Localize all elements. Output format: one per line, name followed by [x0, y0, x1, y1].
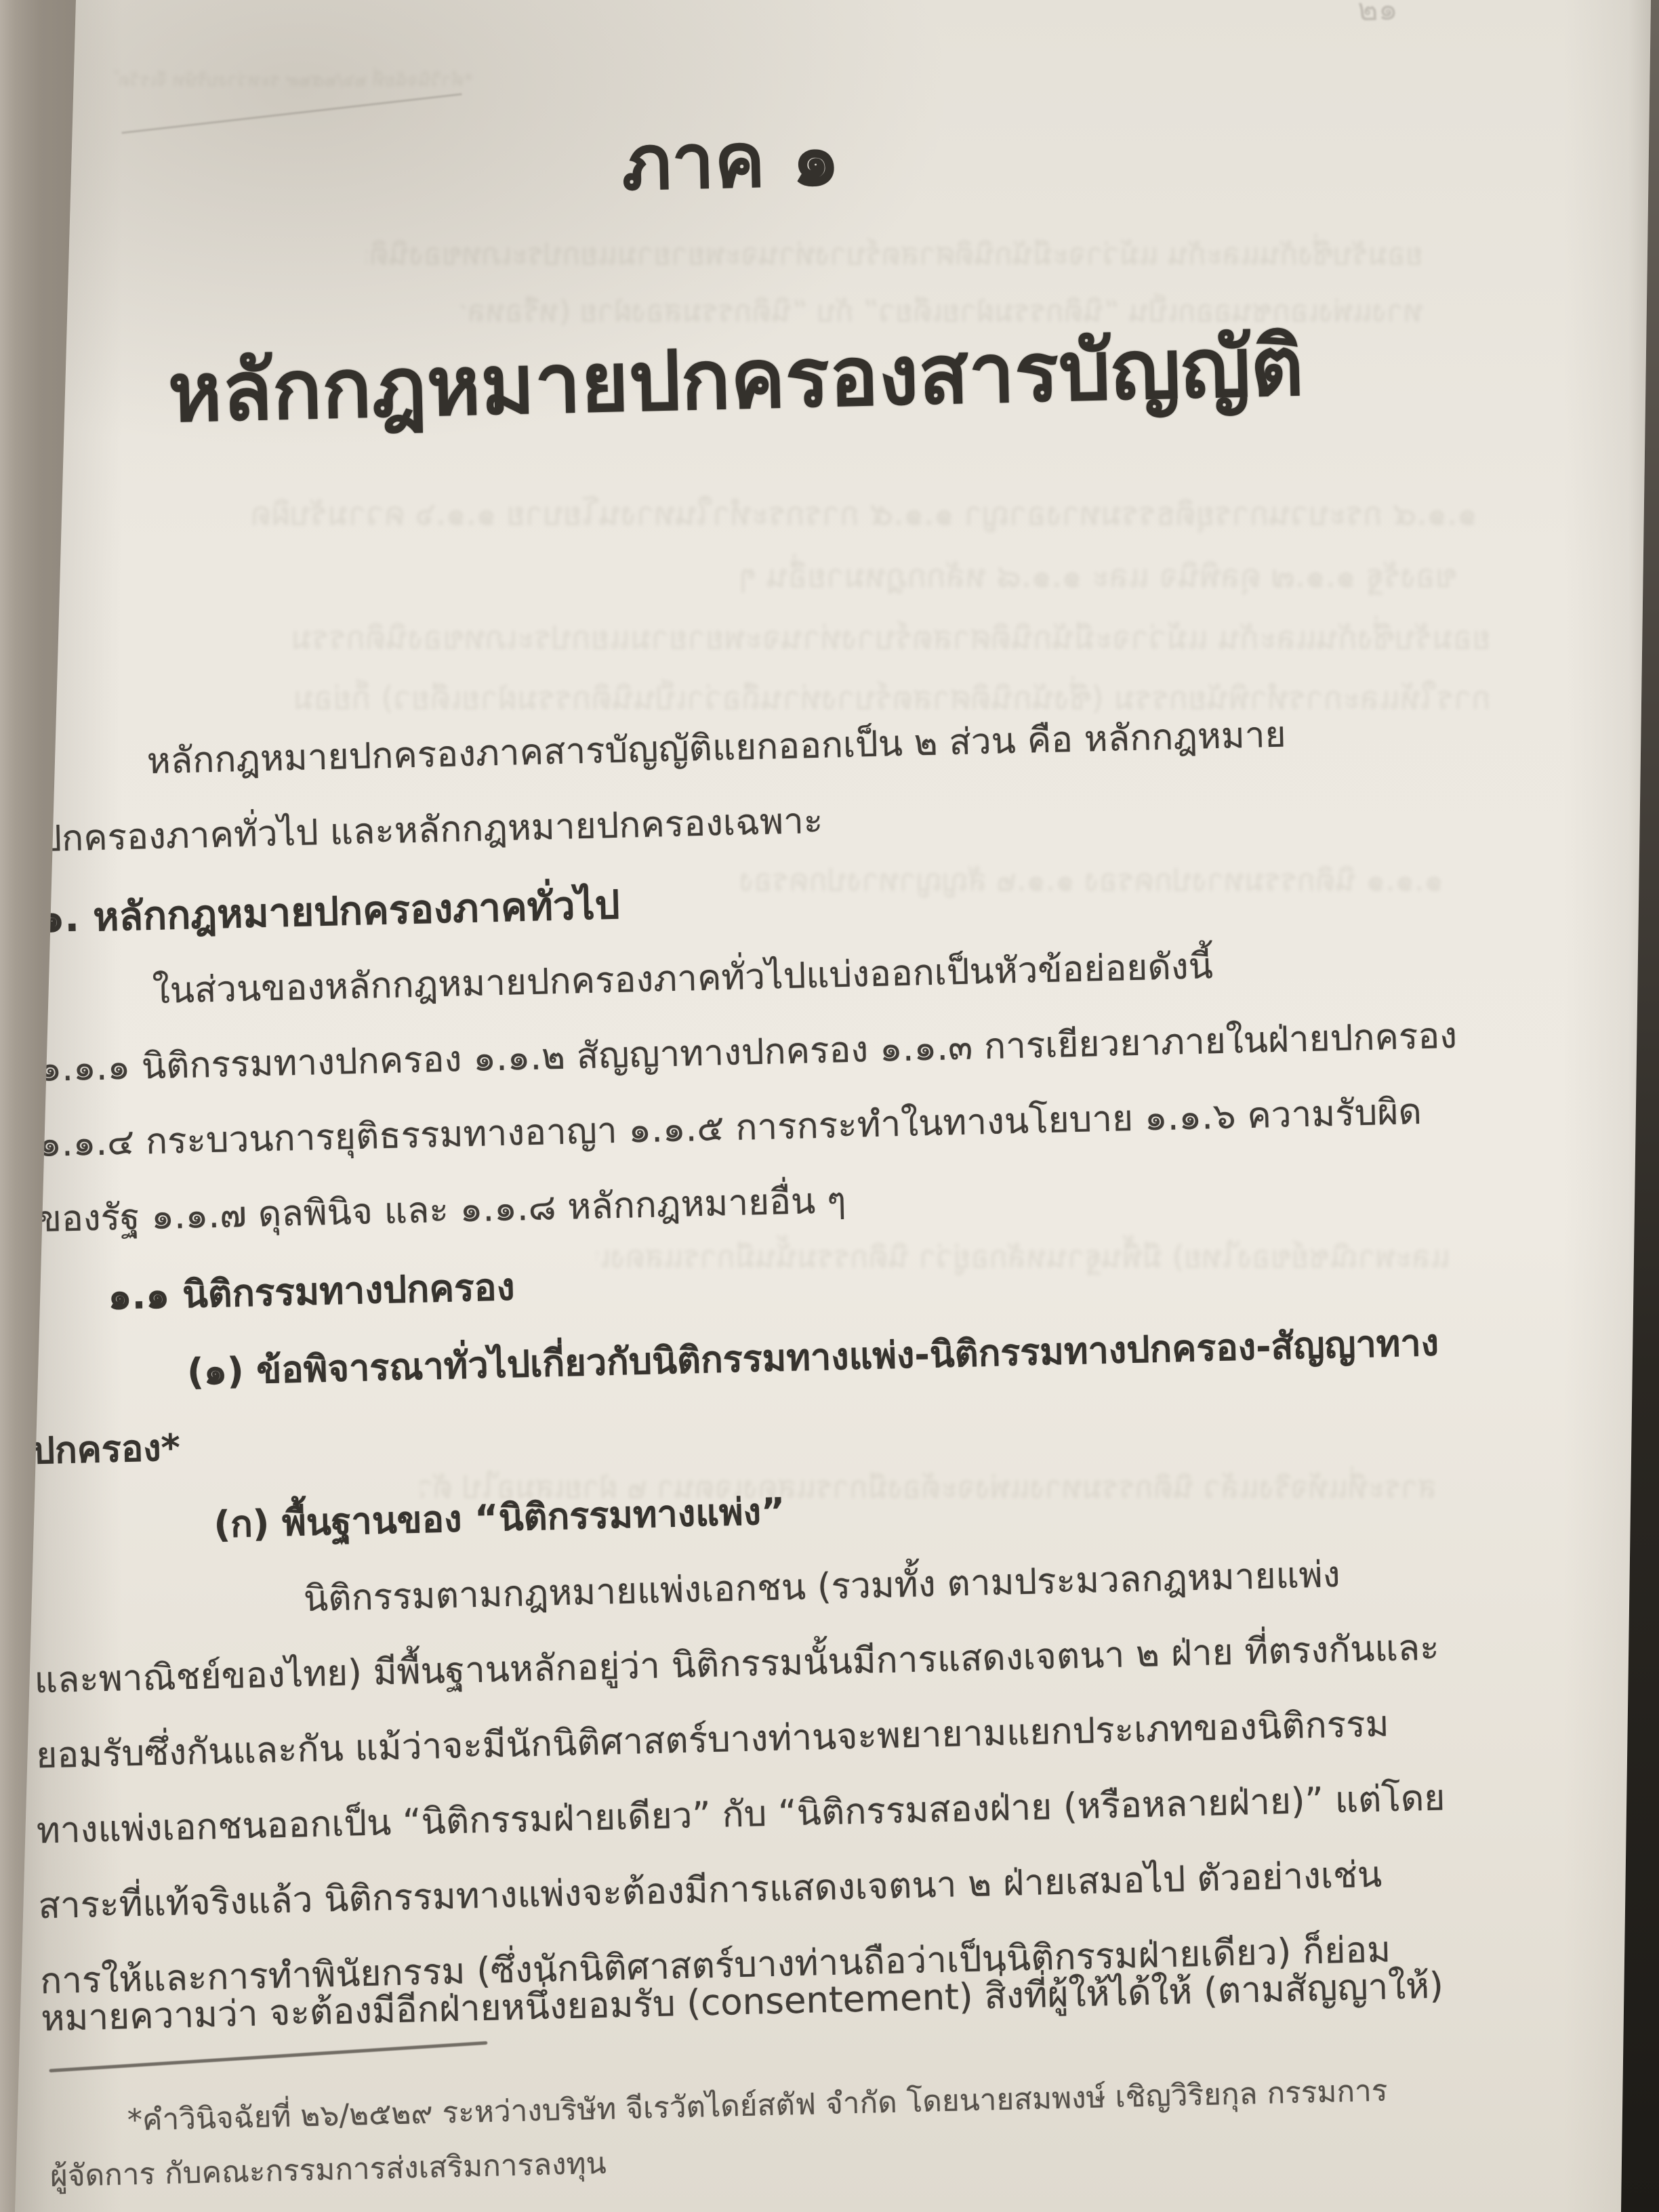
text-line: และพาณิชย์ของไทย) มีพื้นฐานหลักอยู่ว่า น… — [34, 1619, 1440, 1709]
text-line: ของรัฐ ๑.๑.๗ ดุลพินิจ และ ๑.๑.๘ หลักกฎหม… — [37, 1172, 847, 1248]
text-line: ยอมรับซึ่งกันและกัน แม้ว่าจะมีนักนิติศาส… — [35, 1695, 1389, 1784]
book-page-photo: ยอมรับซึ่งกันและกัน แม้ว่าจะมีนักนิติศาส… — [0, 0, 1659, 2212]
page-number: ๒๑ — [1357, 0, 1398, 35]
text-line: สาระที่แท้จริงแล้ว นิติกรรมทางแพ่งจะต้อง… — [38, 1846, 1383, 1935]
footnote-divider — [49, 2041, 487, 2072]
text-line: ๑.๑.๔ กระบวนการยุติธรรมทางอาญา ๑.๑.๕ การ… — [38, 1083, 1422, 1172]
text-line: ในส่วนของหลักกฎหมายปกครองภาคทั่วไปแบ่งออ… — [152, 937, 1214, 1019]
text-line: ๑.๑.๑ นิติกรรมทางปกครอง ๑.๑.๒ สัญญาทางปก… — [38, 1007, 1458, 1097]
text-line: ทางแพ่งเอกชนออกเป็น “นิติกรรมฝ่ายเดียว” … — [36, 1769, 1446, 1859]
footnote-line: *คำวินิจฉัยที่ ๒๖/๒๕๒๙ ระหว่างบริษัท จีเ… — [127, 2067, 1388, 2144]
text-line: ปกครองภาคทั่วไป และหลักกฎหมายปกครองเฉพาะ — [38, 792, 823, 867]
chapter-title: หลักกฎหมายปกครองสารบัญญัติ — [23, 295, 1544, 462]
text-line: ๑. หลักกฎหมายปกครองภาคทั่วไป — [39, 873, 620, 949]
text-line: (๑) ข้อพิจารณาทั่วไปเกี่ยวกับนิติกรรมทาง… — [186, 1313, 1439, 1401]
text-line: (ก) พื้นฐานของ “นิติกรรมทางแพ่ง” — [213, 1481, 785, 1553]
text-line: หลักกฎหมายปกครองภาคสารบัญญัติแยกออกเป็น … — [146, 706, 1287, 790]
text-line: ๑.๑ นิติกรรมทางปกครอง — [107, 1258, 515, 1326]
text-line: นิติกรรมตามกฎหมายแพ่งเอกชน (รวมทั้ง ตามป… — [303, 1546, 1340, 1627]
paper-page: ยอมรับซึ่งกันและกัน แม้ว่าจะมีนักนิติศาส… — [0, 0, 1659, 2212]
part-title: ภาค ๑ — [18, 79, 1606, 237]
printed-text-layer: ๒๑ ภาค ๑ หลักกฎหมายปกครองสารบัญญัติ หลัก… — [0, 0, 1659, 2212]
footnote-line: ผู้จัดการ กับคณะกรรมการส่งเสริมการลงทุน — [49, 2139, 607, 2200]
text-line: ปกครอง* — [31, 1418, 181, 1479]
